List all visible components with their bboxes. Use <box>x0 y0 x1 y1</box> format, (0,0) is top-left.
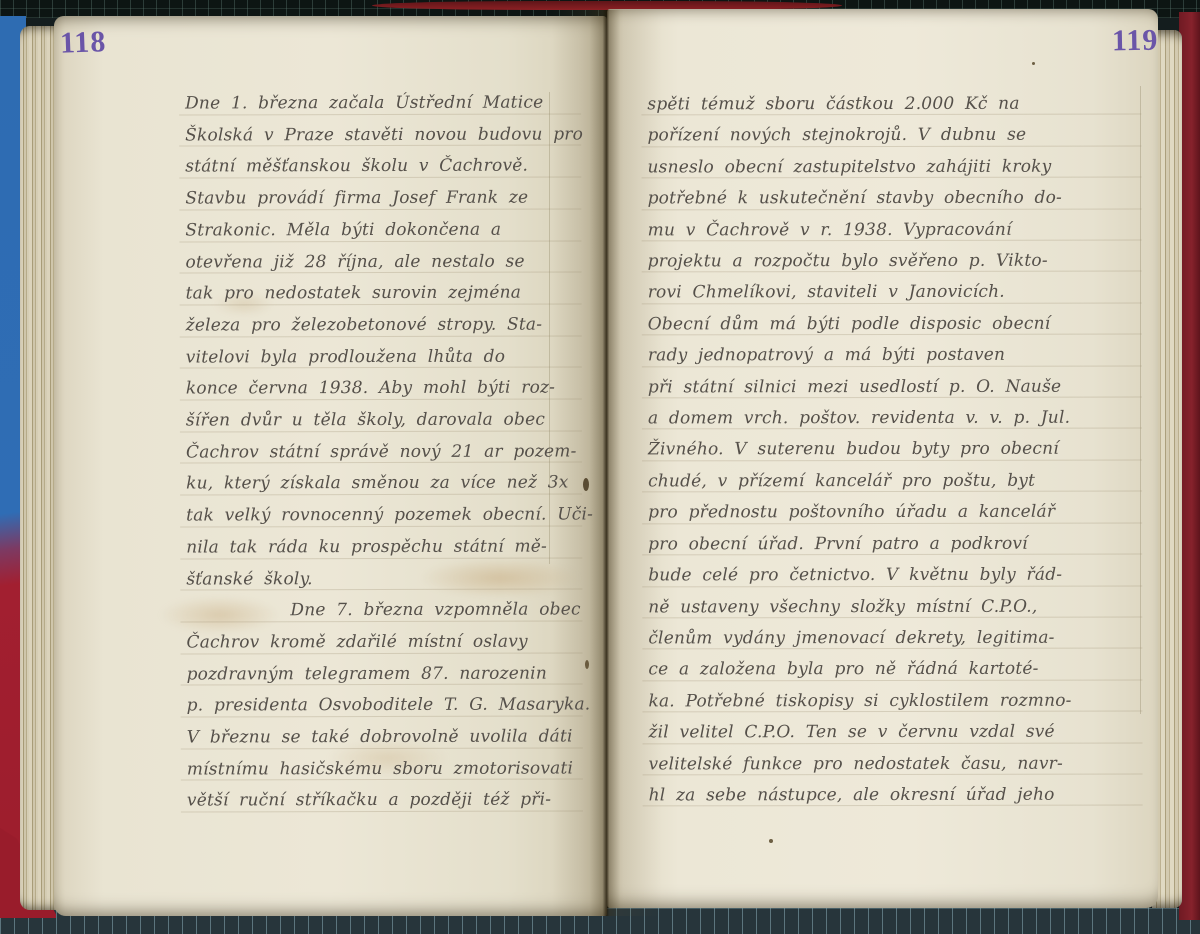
handwriting-line: železa pro železobetonové stropy. Sta- <box>186 309 574 342</box>
handwriting-line: Čachrov kromě zdařilé místní oslavy <box>186 626 574 659</box>
handwriting-line: p. presidenta Osvoboditele T. G. Masaryk… <box>187 690 575 723</box>
handwriting-line: šířen dvůr u těla školy, darovala obec <box>186 405 574 438</box>
handwriting-line: usneslo obecní zastupitelstvo zahájiti k… <box>647 151 1133 183</box>
handwriting-line: otevřena již 28 října, ale nestalo se <box>185 246 573 279</box>
book-cover-right <box>1179 12 1200 920</box>
handwriting-line: Živného. V suterenu budou byty pro obecn… <box>648 434 1134 466</box>
page-number-left: 118 <box>59 25 107 61</box>
handwriting-right: spěti témuž sboru částkou 2.000 Kč napoř… <box>647 89 1134 812</box>
page-number-right: 119 <box>1112 24 1159 59</box>
book-scan: 118 119 Dne 1. března začala Ústřední Ma… <box>0 0 1200 934</box>
handwriting-line: a domem vrch. poštov. revidenta v. v. p.… <box>648 403 1134 435</box>
handwriting-line: Dne 1. března začala Ústřední Matice <box>185 87 573 120</box>
handwriting-line: ka. Potřebné tiskopisy si cyklostilem ro… <box>648 685 1134 717</box>
handwriting-line: šťanské školy. <box>186 563 574 596</box>
ink-speck <box>585 660 589 669</box>
handwriting-line: bude celé pro četnictvo. V květnu byly ř… <box>648 560 1134 592</box>
handwriting-line: při státní silnici mezi usedlostí p. O. … <box>648 371 1134 403</box>
handwriting-line: tak velký rovnocenný pozemek obecní. Uči… <box>186 500 574 533</box>
handwriting-line: pro přednostu poštovního úřadu a kancelá… <box>648 497 1134 529</box>
handwriting-line: V březnu se také dobrovolně uvolila dáti <box>187 722 575 755</box>
handwriting-line: rady jednopatrový a má býti postaven <box>648 340 1134 372</box>
margin-guide-right-page <box>1140 86 1141 714</box>
handwriting-line: velitelské funkce pro nedostatek času, n… <box>649 748 1135 780</box>
ink-speck <box>1032 62 1035 65</box>
handwriting-line: větší ruční stříkačku a později též při- <box>187 785 575 818</box>
handwriting-line: nila tak ráda ku prospěchu státní mě- <box>186 531 574 564</box>
handwriting-line: Strakonic. Měla býti dokončena a <box>185 214 573 247</box>
handwriting-line: rovi Chmelíkovi, staviteli v Janovicích. <box>648 277 1134 309</box>
handwriting-line: mu v Čachrově v r. 1938. Vypracování <box>648 214 1134 246</box>
handwriting-line: Školská v Praze stavěti novou budovu pro <box>185 119 573 152</box>
ink-speck <box>769 839 773 843</box>
handwriting-line: ce a založena byla pro ně řádná kartoté- <box>648 654 1134 686</box>
handwriting-line: vitelovi byla prodloužena lhůta do <box>186 341 574 374</box>
ink-speck <box>583 478 589 491</box>
handwriting-line: Obecní dům má býti podle disposic obecní <box>648 308 1134 340</box>
handwriting-line: hl za sebe nástupce, ale okresní úřad je… <box>649 780 1135 812</box>
handwriting-line: žil velitel C.P.O. Ten se v červnu vzdal… <box>648 717 1134 749</box>
handwriting-line: pro obecní úřad. První patro a podkroví <box>648 528 1134 560</box>
handwriting-line: ně ustaveny všechny složky místní C.P.O.… <box>648 591 1134 623</box>
handwriting-line: konce června 1938. Aby mohl býti roz- <box>186 373 574 406</box>
handwriting-line: tak pro nedostatek surovin zejména <box>186 278 574 311</box>
handwriting-line: spěti témuž sboru částkou 2.000 Kč na <box>647 89 1133 121</box>
handwriting-line: členům vydány jmenovací dekrety, legitim… <box>648 622 1134 654</box>
handwriting-line: Stavbu provádí firma Josef Frank ze <box>185 183 573 216</box>
handwriting-line: Čachrov státní správě nový 21 ar pozem- <box>186 436 574 469</box>
handwriting-line: pořízení nových stejnokrojů. V dubnu se <box>647 120 1133 152</box>
handwriting-line: státní měšťanskou školu v Čachrově. <box>185 151 573 184</box>
handwriting-left: Dne 1. března začala Ústřední MaticeŠkol… <box>185 87 575 817</box>
handwriting-line: ku, který získala směnou za více než 3x <box>186 468 574 501</box>
handwriting-line: potřebné k uskutečnění stavby obecního d… <box>648 183 1134 215</box>
handwriting-line: Dne 7. března vzpomněla obec <box>186 595 574 628</box>
handwriting-line: pozdravným telegramem 87. narozenin <box>187 658 575 691</box>
handwriting-line: místnímu hasičskému sboru zmotorisovati <box>187 753 575 786</box>
handwriting-line: chudé, v přízemí kancelář pro poštu, byt <box>648 465 1134 497</box>
handwriting-line: projektu a rozpočtu bylo svěřeno p. Vikt… <box>648 246 1134 278</box>
